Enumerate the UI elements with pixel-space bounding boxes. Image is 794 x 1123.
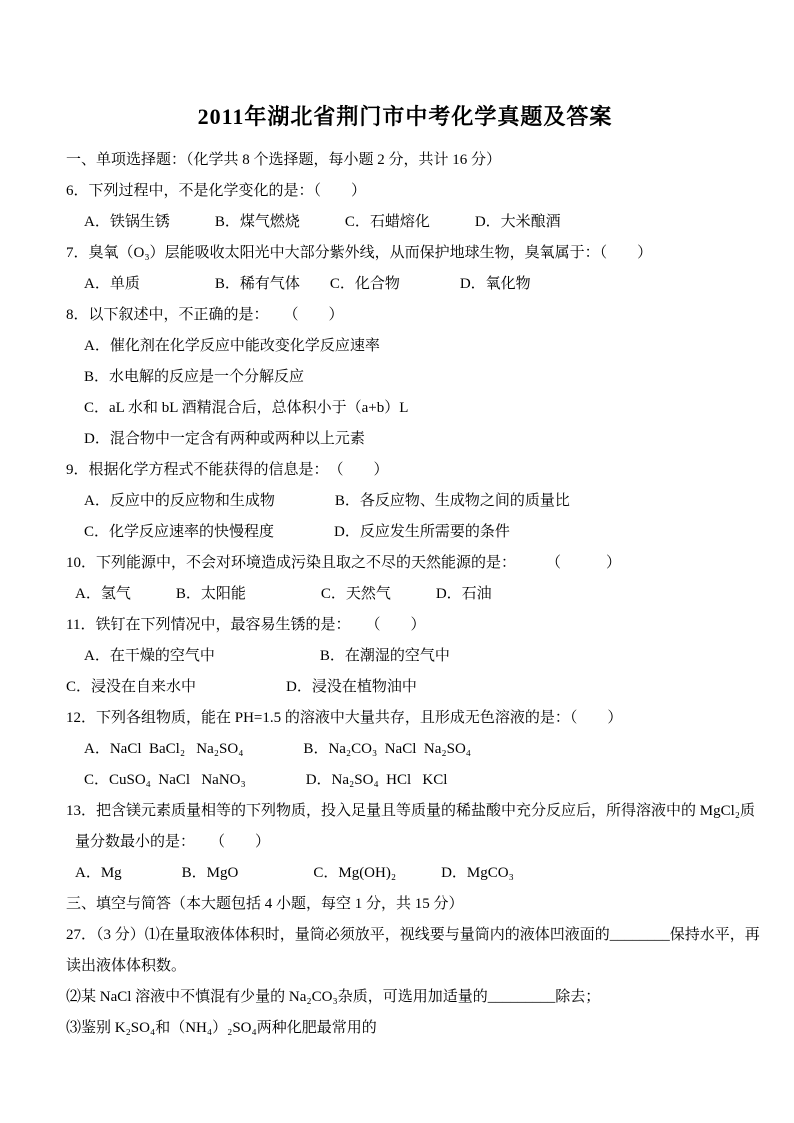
q6-stem: 6．下列过程中，不是化学变化的是：（ ） <box>66 176 744 207</box>
q12-options-ab: A．NaCl BaCl₂ Na₂SO₄ B．Na₂CO₃ NaCl Na₂SO₄ <box>66 734 744 765</box>
q9-stem: 9．根据化学方程式不能获得的信息是： （ ） <box>66 455 744 486</box>
q11-options-ab: A．在干燥的空气中 B．在潮湿的空气中 <box>66 641 744 672</box>
q8-option-c: C．aL 水和 bL 酒精混合后，总体积小于（a+b）L <box>66 393 744 424</box>
q10-stem: 10．下列能源中，不会对环境造成污染且取之不尽的天然能源的是： （ ） <box>66 548 744 579</box>
document-page: 2011年湖北省荆门市中考化学真题及答案 一、单项选择题：（化学共 8 个选择题… <box>0 0 794 1123</box>
q7-stem: 7．臭氧（O₃）层能吸收太阳光中大部分紫外线，从而保护地球生物，臭氧属于：（ ） <box>66 238 744 269</box>
q10-options: A．氢气 B．太阳能 C．天然气 D．石油 <box>66 579 744 610</box>
q11-stem: 11．铁钉在下列情况中，最容易生锈的是： （ ） <box>66 610 744 641</box>
section-3-heading: 三、填空与简答（本大题包括 4 小题，每空 1 分，共 15 分） <box>66 889 744 920</box>
q8-option-d: D．混合物中一定含有两种或两种以上元素 <box>66 424 744 455</box>
q13-stem-line2: 量分数最小的是： （ ） <box>66 827 744 858</box>
q11-options-cd: C．浸没在自来水中 D．浸没在植物油中 <box>66 672 744 703</box>
q12-stem: 12．下列各组物质，能在 PH=1.5 的溶液中大量共存，且形成无色溶液的是：（… <box>66 703 744 734</box>
q8-stem: 8．以下叙述中，不正确的是： （ ） <box>66 300 744 331</box>
document-body: 一、单项选择题：（化学共 8 个选择题，每小题 2 分，共计 16 分） 6．下… <box>66 145 744 1044</box>
q27-part2: ⑵某 NaCl 溶液中不慎混有少量的 Na₂CO₃杂质，可选用加适量的_____… <box>66 982 744 1013</box>
q8-option-a: A．催化剂在化学反应中能改变化学反应速率 <box>66 331 744 362</box>
q9-options-cd: C．化学反应速率的快慢程度 D．反应发生所需要的条件 <box>66 517 744 548</box>
q13-stem-line1: 13．把含镁元素质量相等的下列物质，投入足量且等质量的稀盐酸中充分反应后，所得溶… <box>66 796 744 827</box>
q27-part1-line1: 27．（3 分）⑴在量取液体体积时，量筒必须放平，视线要与量筒内的液体凹液面的_… <box>66 920 744 951</box>
q8-option-b: B．水电解的反应是一个分解反应 <box>66 362 744 393</box>
q9-options-ab: A．反应中的反应物和生成物 B．各反应物、生成物之间的质量比 <box>66 486 744 517</box>
q27-part1-line2: 读出液体体积数。 <box>66 951 744 982</box>
document-title: 2011年湖北省荆门市中考化学真题及答案 <box>66 101 744 133</box>
q6-options: A．铁锅生锈 B．煤气燃烧 C．石蜡熔化 D．大米酿酒 <box>66 207 744 238</box>
section-1-heading: 一、单项选择题：（化学共 8 个选择题，每小题 2 分，共计 16 分） <box>66 145 744 176</box>
q7-options: A．单质 B．稀有气体 C．化合物 D．氧化物 <box>66 269 744 300</box>
q27-part3: ⑶鉴别 K₂SO₄和（NH₄）₂SO₄两种化肥最常用的 <box>66 1013 744 1044</box>
q13-options: A．Mg B．MgO C．Mg(OH)₂ D．MgCO₃ <box>66 858 744 889</box>
q12-options-cd: C．CuSO₄ NaCl NaNO₃ D．Na₂SO₄ HCl KCl <box>66 765 744 796</box>
